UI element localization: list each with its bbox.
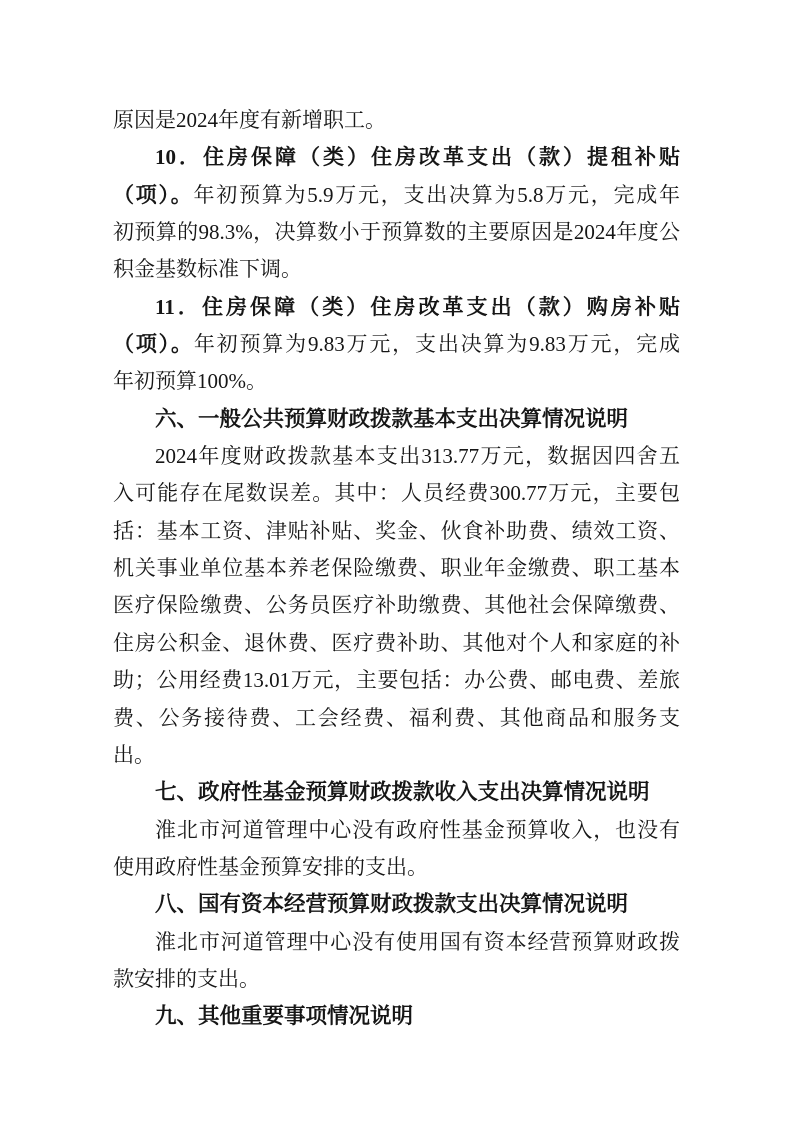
section-7-heading: 七、政府性基金预算财政拨款收入支出决算情况说明 <box>113 774 680 811</box>
text-segment-boldserif: 11．住房保障（类）住房改革支出（款）购房补贴 <box>155 295 680 319</box>
text-segment-body: 原因是2024年度有新增职工。 <box>113 108 386 132</box>
item-11-line-2: （项）。年初预算为9.83万元，支出决算为9.83万元，完成 <box>113 326 680 363</box>
text-segment-heading: 八、国有资本经营预算财政拨款支出决算情况说明 <box>155 892 628 916</box>
para-prev-continuation: 原因是2024年度有新增职工。 <box>113 102 680 139</box>
item-11-title-line-1: 11．住房保障（类）住房改革支出（款）购房补贴 <box>113 289 680 326</box>
text-segment-body: 款安排的支出。 <box>113 967 260 991</box>
section-6-heading: 六、一般公共预算财政拨款基本支出决算情况说明 <box>113 401 680 438</box>
section-6-para-line-3: 括：基本工资、津贴补贴、奖金、伙食补助费、绩效工资、 <box>113 513 680 550</box>
text-segment-boldserif: （项）。 <box>113 332 194 356</box>
text-segment-body: 年初预算为9.83万元，支出决算为9.83万元，完成 <box>194 332 680 356</box>
section-6-para-line-5: 医疗保险缴费、公务员医疗补助缴费、其他社会保障缴费、 <box>113 587 680 624</box>
item-10-title-line-1: 10．住房保障（类）住房改革支出（款）提租补贴 <box>113 139 680 176</box>
text-segment-heading: 九、其他重要事项情况说明 <box>155 1004 413 1028</box>
text-segment-heading: 七、政府性基金预算财政拨款收入支出决算情况说明 <box>155 780 650 804</box>
text-segment-body: 年初预算为5.9万元，支出决算为5.8万元，完成年 <box>194 183 681 207</box>
text-segment-body: 入可能存在尾数误差。其中：人员经费300.77万元，主要包 <box>113 481 680 505</box>
text-segment-body: 积金基数标准下调。 <box>113 257 302 281</box>
text-segment-body: 助；公用经费13.01万元，主要包括：办公费、邮电费、差旅 <box>113 668 680 692</box>
text-segment-body: 费、公务接待费、工会经费、福利费、其他商品和服务支 <box>113 706 680 730</box>
item-11-line-3: 年初预算100%。 <box>113 363 680 400</box>
text-segment-body: 医疗保险缴费、公务员医疗补助缴费、其他社会保障缴费、 <box>113 593 680 617</box>
text-segment-heading: 六、一般公共预算财政拨款基本支出决算情况说明 <box>155 407 628 431</box>
section-9-heading: 九、其他重要事项情况说明 <box>113 998 680 1035</box>
text-segment-boldserif: 10．住房保障（类）住房改革支出（款）提租补贴 <box>155 145 680 169</box>
section-6-para-line-7: 助；公用经费13.01万元，主要包括：办公费、邮电费、差旅 <box>113 662 680 699</box>
text-segment-body: 初预算的98.3%，决算数小于预算数的主要原因是2024年度公 <box>113 220 680 244</box>
section-8-heading: 八、国有资本经营预算财政拨款支出决算情况说明 <box>113 886 680 923</box>
section-6-para-line-2: 入可能存在尾数误差。其中：人员经费300.77万元，主要包 <box>113 475 680 512</box>
text-segment-body: 年初预算100%。 <box>113 369 267 393</box>
text-segment-body: 机关事业单位基本养老保险缴费、职业年金缴费、职工基本 <box>113 556 680 580</box>
text-block: 原因是2024年度有新增职工。10．住房保障（类）住房改革支出（款）提租补贴（项… <box>113 102 680 1036</box>
text-segment-boldserif: （项）。 <box>113 183 194 207</box>
section-7-para-line-2: 使用政府性基金预算安排的支出。 <box>113 849 680 886</box>
item-10-line-2: （项）。年初预算为5.9万元，支出决算为5.8万元，完成年 <box>113 177 680 214</box>
section-6-para-line-9: 出。 <box>113 737 680 774</box>
item-10-line-4: 积金基数标准下调。 <box>113 251 680 288</box>
section-6-para-line-6: 住房公积金、退休费、医疗费补助、其他对个人和家庭的补 <box>113 625 680 662</box>
text-segment-body: 淮北市河道管理中心没有政府性基金预算收入，也没有 <box>155 818 680 842</box>
section-6-para-line-8: 费、公务接待费、工会经费、福利费、其他商品和服务支 <box>113 700 680 737</box>
section-8-para-line-1: 淮北市河道管理中心没有使用国有资本经营预算财政拨 <box>113 924 680 961</box>
text-segment-body: 住房公积金、退休费、医疗费补助、其他对个人和家庭的补 <box>113 631 680 655</box>
text-segment-body: 2024年度财政拨款基本支出313.77万元，数据因四舍五 <box>155 444 680 468</box>
text-segment-body: 淮北市河道管理中心没有使用国有资本经营预算财政拨 <box>155 930 680 954</box>
text-segment-body: 括：基本工资、津贴补贴、奖金、伙食补助费、绩效工资、 <box>113 519 680 543</box>
section-6-para-line-4: 机关事业单位基本养老保险缴费、职业年金缴费、职工基本 <box>113 550 680 587</box>
text-segment-body: 出。 <box>113 743 155 767</box>
document-page: 原因是2024年度有新增职工。10．住房保障（类）住房改革支出（款）提租补贴（项… <box>0 0 793 1122</box>
item-10-line-3: 初预算的98.3%，决算数小于预算数的主要原因是2024年度公 <box>113 214 680 251</box>
section-6-para-line-1: 2024年度财政拨款基本支出313.77万元，数据因四舍五 <box>113 438 680 475</box>
section-8-para-line-2: 款安排的支出。 <box>113 961 680 998</box>
section-7-para-line-1: 淮北市河道管理中心没有政府性基金预算收入，也没有 <box>113 812 680 849</box>
text-segment-body: 使用政府性基金预算安排的支出。 <box>113 855 428 879</box>
